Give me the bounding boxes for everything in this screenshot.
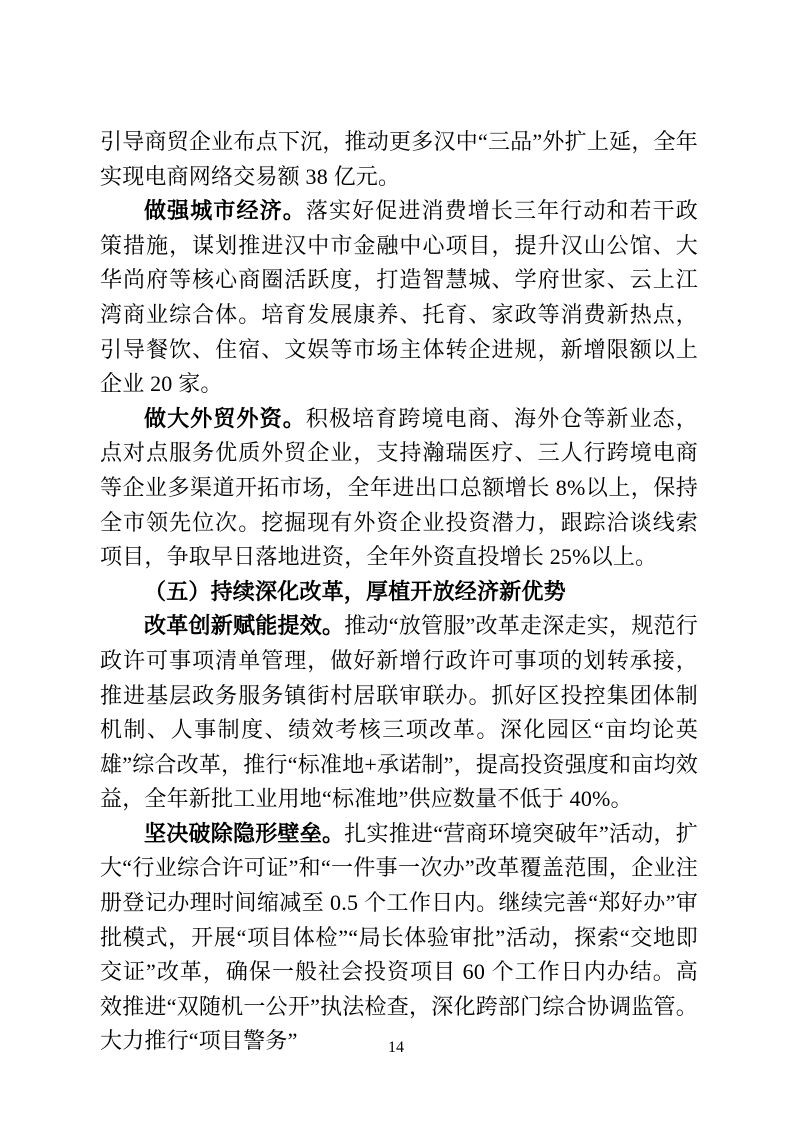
paragraph: 改革创新赋能提效。推动“放管服”改革走深走实，规范行政许可事项清单管理，做好新增… (100, 609, 698, 817)
paragraph: 做强城市经济。落实好促进消费增长三年行动和若干政策措施，谋划推进汉中市金融中心项… (100, 194, 698, 402)
paragraph-lead: 做大外贸外资。 (144, 406, 306, 431)
paragraph-lead: 做强城市经济。 (144, 198, 306, 223)
paragraph-lead: 改革创新赋能提效。 (144, 613, 344, 638)
paragraph-lead: 坚决破除隐形壁垒。 (144, 821, 344, 846)
document-page: 引导商贸企业布点下沉，推动更多汉中“三品”外扩上延，全年实现电商网络交易额 38… (0, 0, 792, 1121)
section-heading: （五）持续深化改革，厚植开放经济新优势 (100, 575, 698, 610)
document-body: 引导商贸企业布点下沉，推动更多汉中“三品”外扩上延，全年实现电商网络交易额 38… (100, 125, 698, 1059)
paragraph: 做大外贸外资。积极培育跨境电商、海外仓等新业态，点对点服务优质外贸企业，支持瀚瑞… (100, 402, 698, 575)
paragraph: 引导商贸企业布点下沉，推动更多汉中“三品”外扩上延，全年实现电商网络交易额 38… (100, 125, 698, 194)
paragraph: 坚决破除隐形壁垒。扎实推进“营商环境突破年”活动，扩大“行业综合许可证”和“一件… (100, 817, 698, 1059)
page-number: 14 (0, 1038, 792, 1058)
